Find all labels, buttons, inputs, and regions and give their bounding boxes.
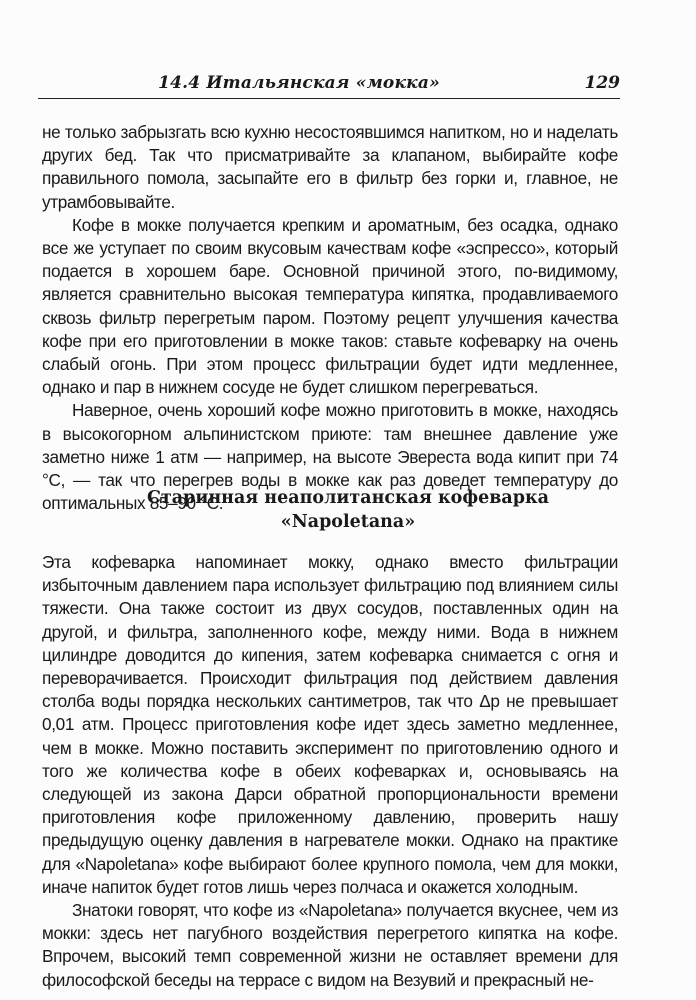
- paragraph: Знатоки говорят, что кофе из «Napoletana…: [42, 899, 618, 992]
- running-title: 14.4 Итальянская «мокка»: [38, 73, 560, 93]
- running-head: 14.4 Итальянская «мокка» 129: [38, 73, 620, 99]
- paragraph: Кофе в мокке получается крепким и аромат…: [42, 214, 618, 400]
- section-title-line2: «Napoletana»: [60, 510, 636, 534]
- header-rule: [38, 98, 620, 99]
- section-title-line1: Старинная неаполитанская кофеварка: [60, 486, 636, 510]
- page-number: 129: [585, 73, 621, 93]
- paragraph: не только забрызгать всю кухню несостояв…: [42, 121, 618, 214]
- paragraph: Эта кофеварка напоминает мокку, однако в…: [42, 551, 618, 899]
- text-block-moka: не только забрызгать всю кухню несостояв…: [42, 121, 618, 515]
- section-heading: Старинная неаполитанская кофеварка «Napo…: [60, 486, 636, 534]
- text-block-napoletana: Эта кофеварка напоминает мокку, однако в…: [42, 551, 618, 992]
